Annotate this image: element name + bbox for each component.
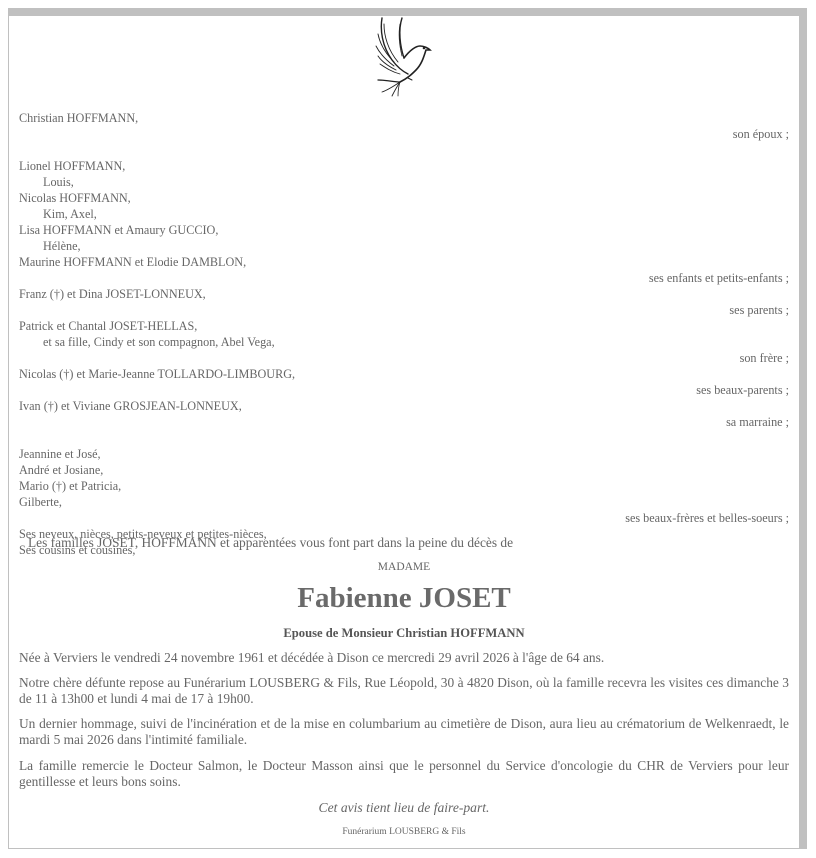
- family-member: et sa fille, Cindy et son compagnon, Abe…: [19, 334, 789, 350]
- visitation-paragraph: Notre chère défunte repose au Funérarium…: [19, 675, 789, 707]
- funeral-home-signature: Funérarium LOUSBERG & Fils: [0, 826, 808, 838]
- spouse-line: Epouse de Monsieur Christian HOFFMANN: [0, 625, 808, 641]
- relation-label: ses beaux-frères et belles-soeurs ;: [19, 510, 789, 526]
- deceased-name: Fabienne JOSET: [0, 580, 808, 616]
- relation-label: ses beaux-parents ;: [19, 382, 789, 398]
- family-member: Franz (†) et Dina JOSET-LONNEUX,: [19, 286, 789, 302]
- family-member: Maurine HOFFMANN et Elodie DAMBLON,: [19, 254, 789, 270]
- family-member: Ivan (†) et Viviane GROSJEAN-LONNEUX,: [19, 398, 789, 414]
- relation-label: son époux ;: [19, 126, 789, 142]
- family-member: Hélène,: [19, 238, 789, 254]
- announcement-title: MADAME: [0, 559, 808, 575]
- family-member: Gilberte,: [19, 494, 789, 510]
- relation-label: ses parents ;: [19, 302, 789, 318]
- family-member: André et Josiane,: [19, 462, 789, 478]
- birth-death-paragraph: Née à Verviers le vendredi 24 novembre 1…: [19, 650, 789, 666]
- spacer: [19, 430, 789, 446]
- announcement-intro: Les familles JOSET, HOFFMANN et apparent…: [28, 535, 513, 551]
- relation-label: sa marraine ;: [19, 414, 789, 430]
- relation-label: son frère ;: [19, 350, 789, 366]
- family-member: Christian HOFFMANN,: [19, 110, 789, 126]
- dove-icon: [372, 16, 438, 98]
- family-member: Mario (†) et Patricia,: [19, 478, 789, 494]
- family-member: Lionel HOFFMANN,: [19, 158, 789, 174]
- closing-note: Cet avis tient lieu de faire-part.: [0, 800, 808, 816]
- thanks-paragraph: La famille remercie le Docteur Salmon, l…: [19, 758, 789, 790]
- family-member: Nicolas (†) et Marie-Jeanne TOLLARDO-LIM…: [19, 366, 789, 382]
- family-member: Lisa HOFFMANN et Amaury GUCCIO,: [19, 222, 789, 238]
- family-member: Jeannine et José,: [19, 446, 789, 462]
- spacer: [19, 142, 789, 158]
- family-member: Patrick et Chantal JOSET-HELLAS,: [19, 318, 789, 334]
- family-member: Louis,: [19, 174, 789, 190]
- relation-label: ses enfants et petits-enfants ;: [19, 270, 789, 286]
- family-member: Kim, Axel,: [19, 206, 789, 222]
- family-list: Christian HOFFMANN,son époux ;Lionel HOF…: [19, 110, 789, 558]
- ceremony-paragraph: Un dernier hommage, suivi de l'incinérat…: [19, 716, 789, 748]
- family-member: Nicolas HOFFMANN,: [19, 190, 789, 206]
